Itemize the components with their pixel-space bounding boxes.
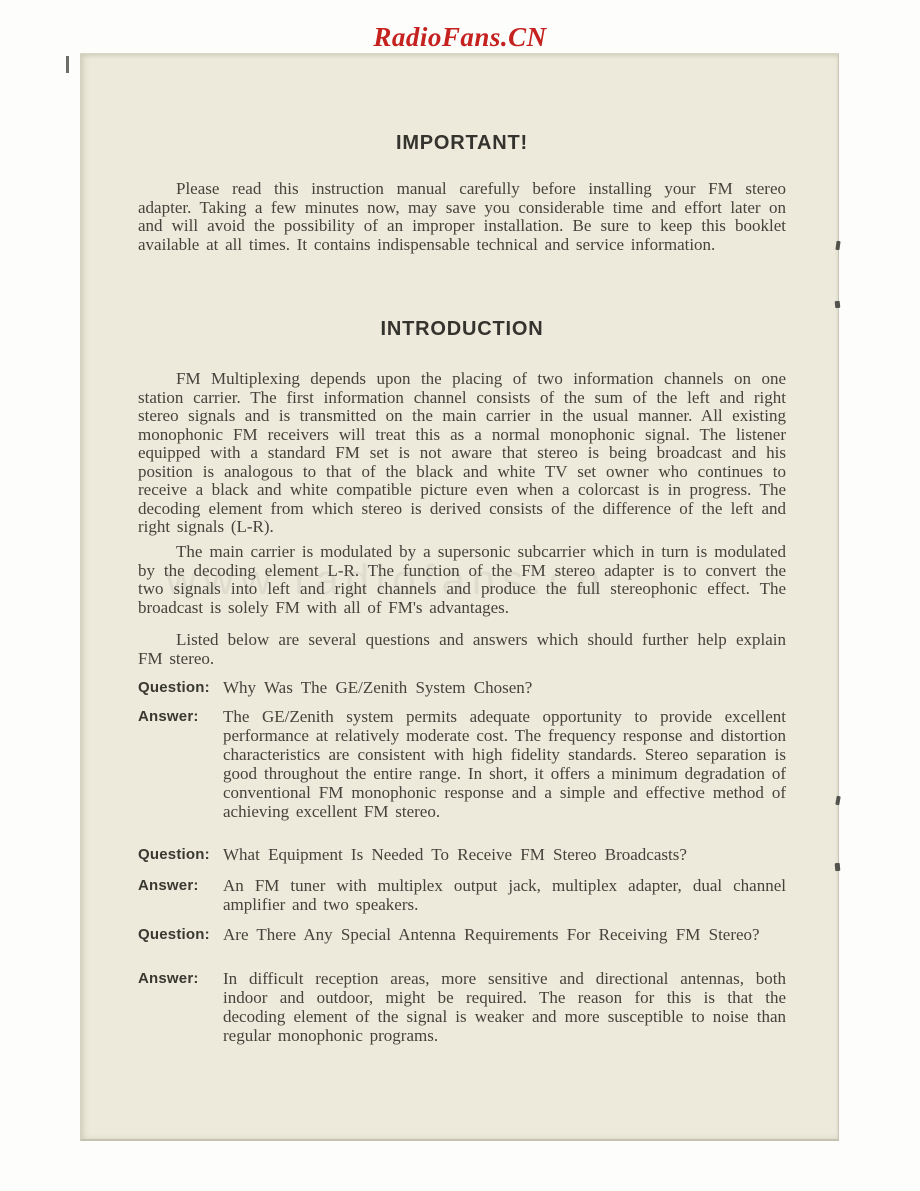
scan-edge-mark xyxy=(835,796,841,806)
scan-artifact-mark xyxy=(66,56,69,73)
answer-label: Answer: xyxy=(138,876,223,894)
scanned-page: www.radiofans.cn IMPORTANT! Please read … xyxy=(80,53,839,1141)
section-heading-introduction: INTRODUCTION xyxy=(138,318,786,341)
scan-edge-mark xyxy=(835,863,841,871)
question-label: Question: xyxy=(138,845,223,863)
question-label: Question: xyxy=(138,678,223,696)
answer-label: Answer: xyxy=(138,707,223,725)
answer-text: An FM tuner with multiplex output jack, … xyxy=(223,876,786,914)
paragraph-intro-1: FM Multiplexing depends upon the placing… xyxy=(138,370,786,537)
scan-edge-mark xyxy=(835,301,841,308)
answer-text: The GE/Zenith system permits adequate op… xyxy=(223,707,786,821)
question-text: Are There Any Special Antenna Requiremen… xyxy=(223,925,786,944)
qa-question-row: Question: What Equipment Is Needed To Re… xyxy=(138,845,786,864)
qa-question-row: Question: Are There Any Special Antenna … xyxy=(138,925,786,944)
paragraph-intro-3: Listed below are several questions and a… xyxy=(138,631,786,668)
section-heading-important: IMPORTANT! xyxy=(138,132,786,155)
question-label: Question: xyxy=(138,925,223,943)
qa-question-row: Question: Why Was The GE/Zenith System C… xyxy=(138,678,786,697)
answer-label: Answer: xyxy=(138,969,223,987)
paragraph-important: Please read this instruction manual care… xyxy=(138,180,786,254)
question-text: What Equipment Is Needed To Receive FM S… xyxy=(223,845,786,864)
page-content: IMPORTANT! Please read this instruction … xyxy=(138,54,786,1139)
scan-background: { "header_watermark": { "text": "RadioFa… xyxy=(0,0,920,1191)
answer-text: In difficult reception areas, more sensi… xyxy=(223,969,786,1045)
question-text: Why Was The GE/Zenith System Chosen? xyxy=(223,678,786,697)
qa-answer-row: Answer: In difficult reception areas, mo… xyxy=(138,969,786,1045)
qa-answer-row: Answer: The GE/Zenith system permits ade… xyxy=(138,707,786,821)
qa-answer-row: Answer: An FM tuner with multiplex outpu… xyxy=(138,876,786,914)
scan-edge-mark xyxy=(835,241,840,250)
site-watermark: RadioFans.CN xyxy=(0,22,920,53)
paragraph-intro-2: The main carrier is modulated by a super… xyxy=(138,543,786,617)
